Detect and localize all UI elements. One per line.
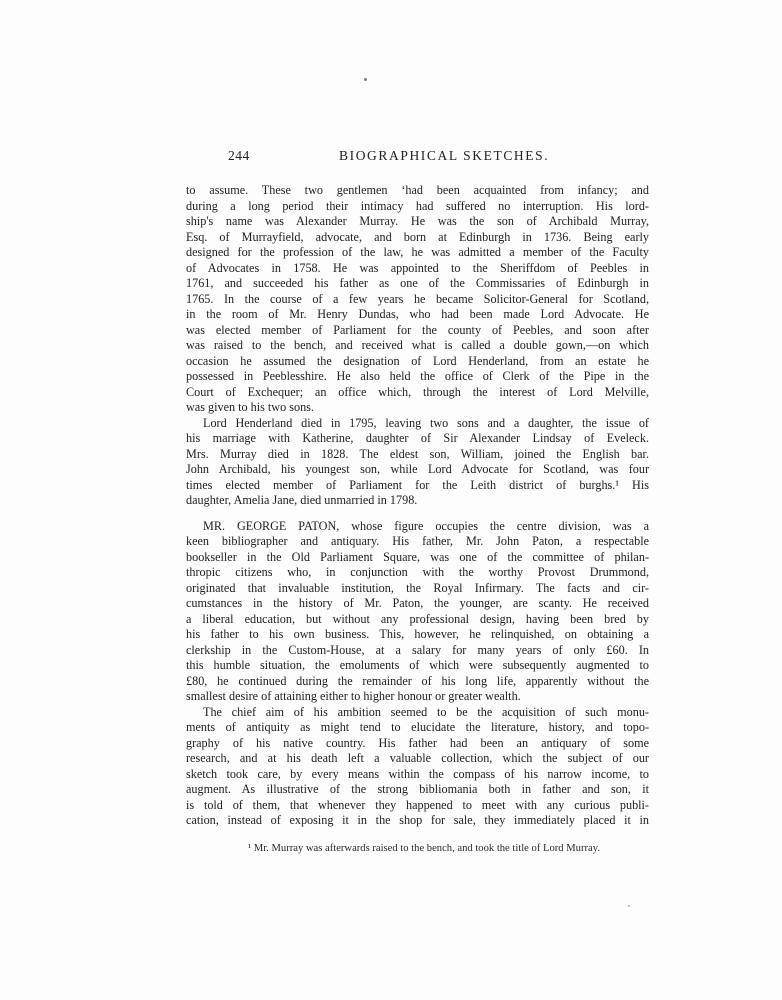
text-line: Mrs. Murray died in 1828. The eldest son… (186, 447, 649, 463)
text-line: John Archibald, his youngest son, while … (186, 462, 649, 478)
text-line: keen bibliographer and antiquary. His fa… (186, 534, 649, 550)
text-line: thropic citizens who, in conjunction wit… (186, 565, 649, 581)
text-line: his marriage with Katherine, daughter of… (186, 431, 649, 447)
text-line: possessed in Peeblesshire. He also held … (186, 369, 649, 385)
text-line: designed for the profession of the law, … (186, 245, 649, 261)
paragraph: MR. GEORGE PATON, whose figure occupies … (186, 519, 649, 705)
text-line: cumstances in the history of Mr. Paton, … (186, 596, 649, 612)
text-line: graphy of his native country. His father… (186, 736, 649, 752)
text-line: The chief aim of his ambition seemed to … (186, 705, 649, 721)
text-line: Esq. of Murrayfield, advocate, and born … (186, 230, 649, 246)
text-line: cation, instead of exposing it in the sh… (186, 813, 649, 829)
text-line: 1761, and succeeded his father as one of… (186, 276, 649, 292)
text-line: originated that invaluable institution, … (186, 581, 649, 597)
scan-speck (364, 78, 367, 81)
paragraph: to assume. These two gentlemen ‘had been… (186, 183, 649, 416)
scan-speck (628, 905, 630, 907)
text-line: sketch took care, by every means within … (186, 767, 649, 783)
text-line: £80, he continued during the remainder o… (186, 674, 649, 690)
text-line: was raised to the bench, and received wh… (186, 338, 649, 354)
text-line: this humble situation, the emoluments of… (186, 658, 649, 674)
text-line: smallest desire of attaining either to h… (186, 689, 649, 705)
text-line: augment. As illustrative of the strong b… (186, 782, 649, 798)
text-line: ments of antiquity as might tend to eluc… (186, 720, 649, 736)
text-line: to assume. These two gentlemen ‘had been… (186, 183, 649, 199)
text-line: is told of them, that whenever they happ… (186, 798, 649, 814)
paragraph: The chief aim of his ambition seemed to … (186, 705, 649, 829)
text-line: was given to his two sons. (186, 400, 649, 416)
text-line: a liberal education, but without any pro… (186, 612, 649, 628)
text-line: 1765. In the course of a few years he be… (186, 292, 649, 308)
text-line: bookseller in the Old Parliament Square,… (186, 550, 649, 566)
text-line: during a long period their intimacy had … (186, 199, 649, 215)
book-page: 244 BIOGRAPHICAL SKETCHES. to assume. Th… (0, 0, 782, 1000)
text-line: MR. GEORGE PATON, whose figure occupies … (186, 519, 649, 535)
text-line: occasion he assumed the designation of L… (186, 354, 649, 370)
text-line: Lord Henderland died in 1795, leaving tw… (186, 416, 649, 432)
page-header: 244 BIOGRAPHICAL SKETCHES. (186, 148, 649, 165)
paragraph: Lord Henderland died in 1795, leaving tw… (186, 416, 649, 509)
text-line: of Advocates in 1758. He was appointed t… (186, 261, 649, 277)
running-header: BIOGRAPHICAL SKETCHES. (339, 148, 549, 164)
text-line: in the room of Mr. Henry Dundas, who had… (186, 307, 649, 323)
text-line: was elected member of Parliament for the… (186, 323, 649, 339)
text-block: 244 BIOGRAPHICAL SKETCHES. to assume. Th… (186, 148, 649, 829)
text-line: Court of Exchequer; an office which, thr… (186, 385, 649, 401)
text-line: times elected member of Parliament for t… (186, 478, 649, 494)
footnote: ¹ Mr. Murray was afterwards raised to th… (248, 842, 638, 855)
text-line: research, and at his death left a valuab… (186, 751, 649, 767)
text-line: his father to his own business. This, ho… (186, 627, 649, 643)
text-line: ship's name was Alexander Murray. He was… (186, 214, 649, 230)
text-line: clerkship in the Custom-House, at a sala… (186, 643, 649, 659)
body-text: to assume. These two gentlemen ‘had been… (186, 183, 649, 829)
text-line: daughter, Amelia Jane, died unmarried in… (186, 493, 649, 509)
page-number: 244 (228, 148, 250, 164)
